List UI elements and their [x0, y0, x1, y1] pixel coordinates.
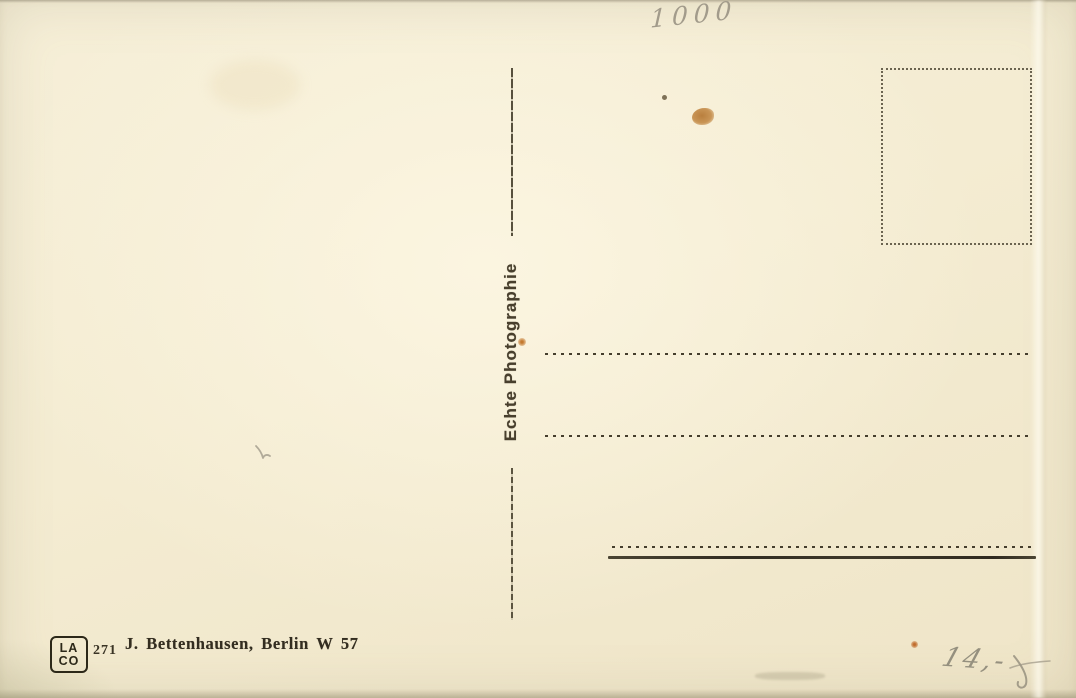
- stain-large: [692, 108, 714, 125]
- stain-dot: [911, 641, 918, 648]
- signature-line-dotted: [612, 546, 1032, 548]
- stamp-box: [881, 68, 1032, 245]
- paper-crease: [1030, 0, 1046, 698]
- photo-label: Echte Photographie: [501, 263, 521, 442]
- postcard-back: 1000 Echte Photographie LA CO 271 J. Bet…: [0, 0, 1076, 698]
- publisher-logo-bottom: CO: [59, 655, 80, 668]
- stain-smudge: [755, 672, 825, 680]
- card-number: 271: [93, 643, 117, 659]
- bottom-edge-shadow: [0, 689, 1076, 698]
- divider-line-bottom: [511, 468, 513, 620]
- handwritten-price: 14,-: [938, 642, 1012, 677]
- handwritten-number: 1000: [650, 0, 738, 34]
- pencil-flourish-mark: [1008, 652, 1054, 692]
- publisher-logo: LA CO: [50, 636, 88, 673]
- signature-line-solid: [608, 556, 1036, 559]
- address-line-1: [545, 353, 1033, 355]
- stain-speck: [662, 95, 667, 100]
- publisher-logo-top: LA: [60, 642, 79, 655]
- pencil-mark: [248, 442, 278, 468]
- address-line-2: [545, 435, 1033, 437]
- publisher-imprint: J. Bettenhausen, Berlin W 57: [125, 634, 359, 654]
- divider-line-top: [511, 68, 513, 236]
- top-edge-shadow: [0, 0, 1076, 3]
- stain-smudge: [210, 60, 300, 110]
